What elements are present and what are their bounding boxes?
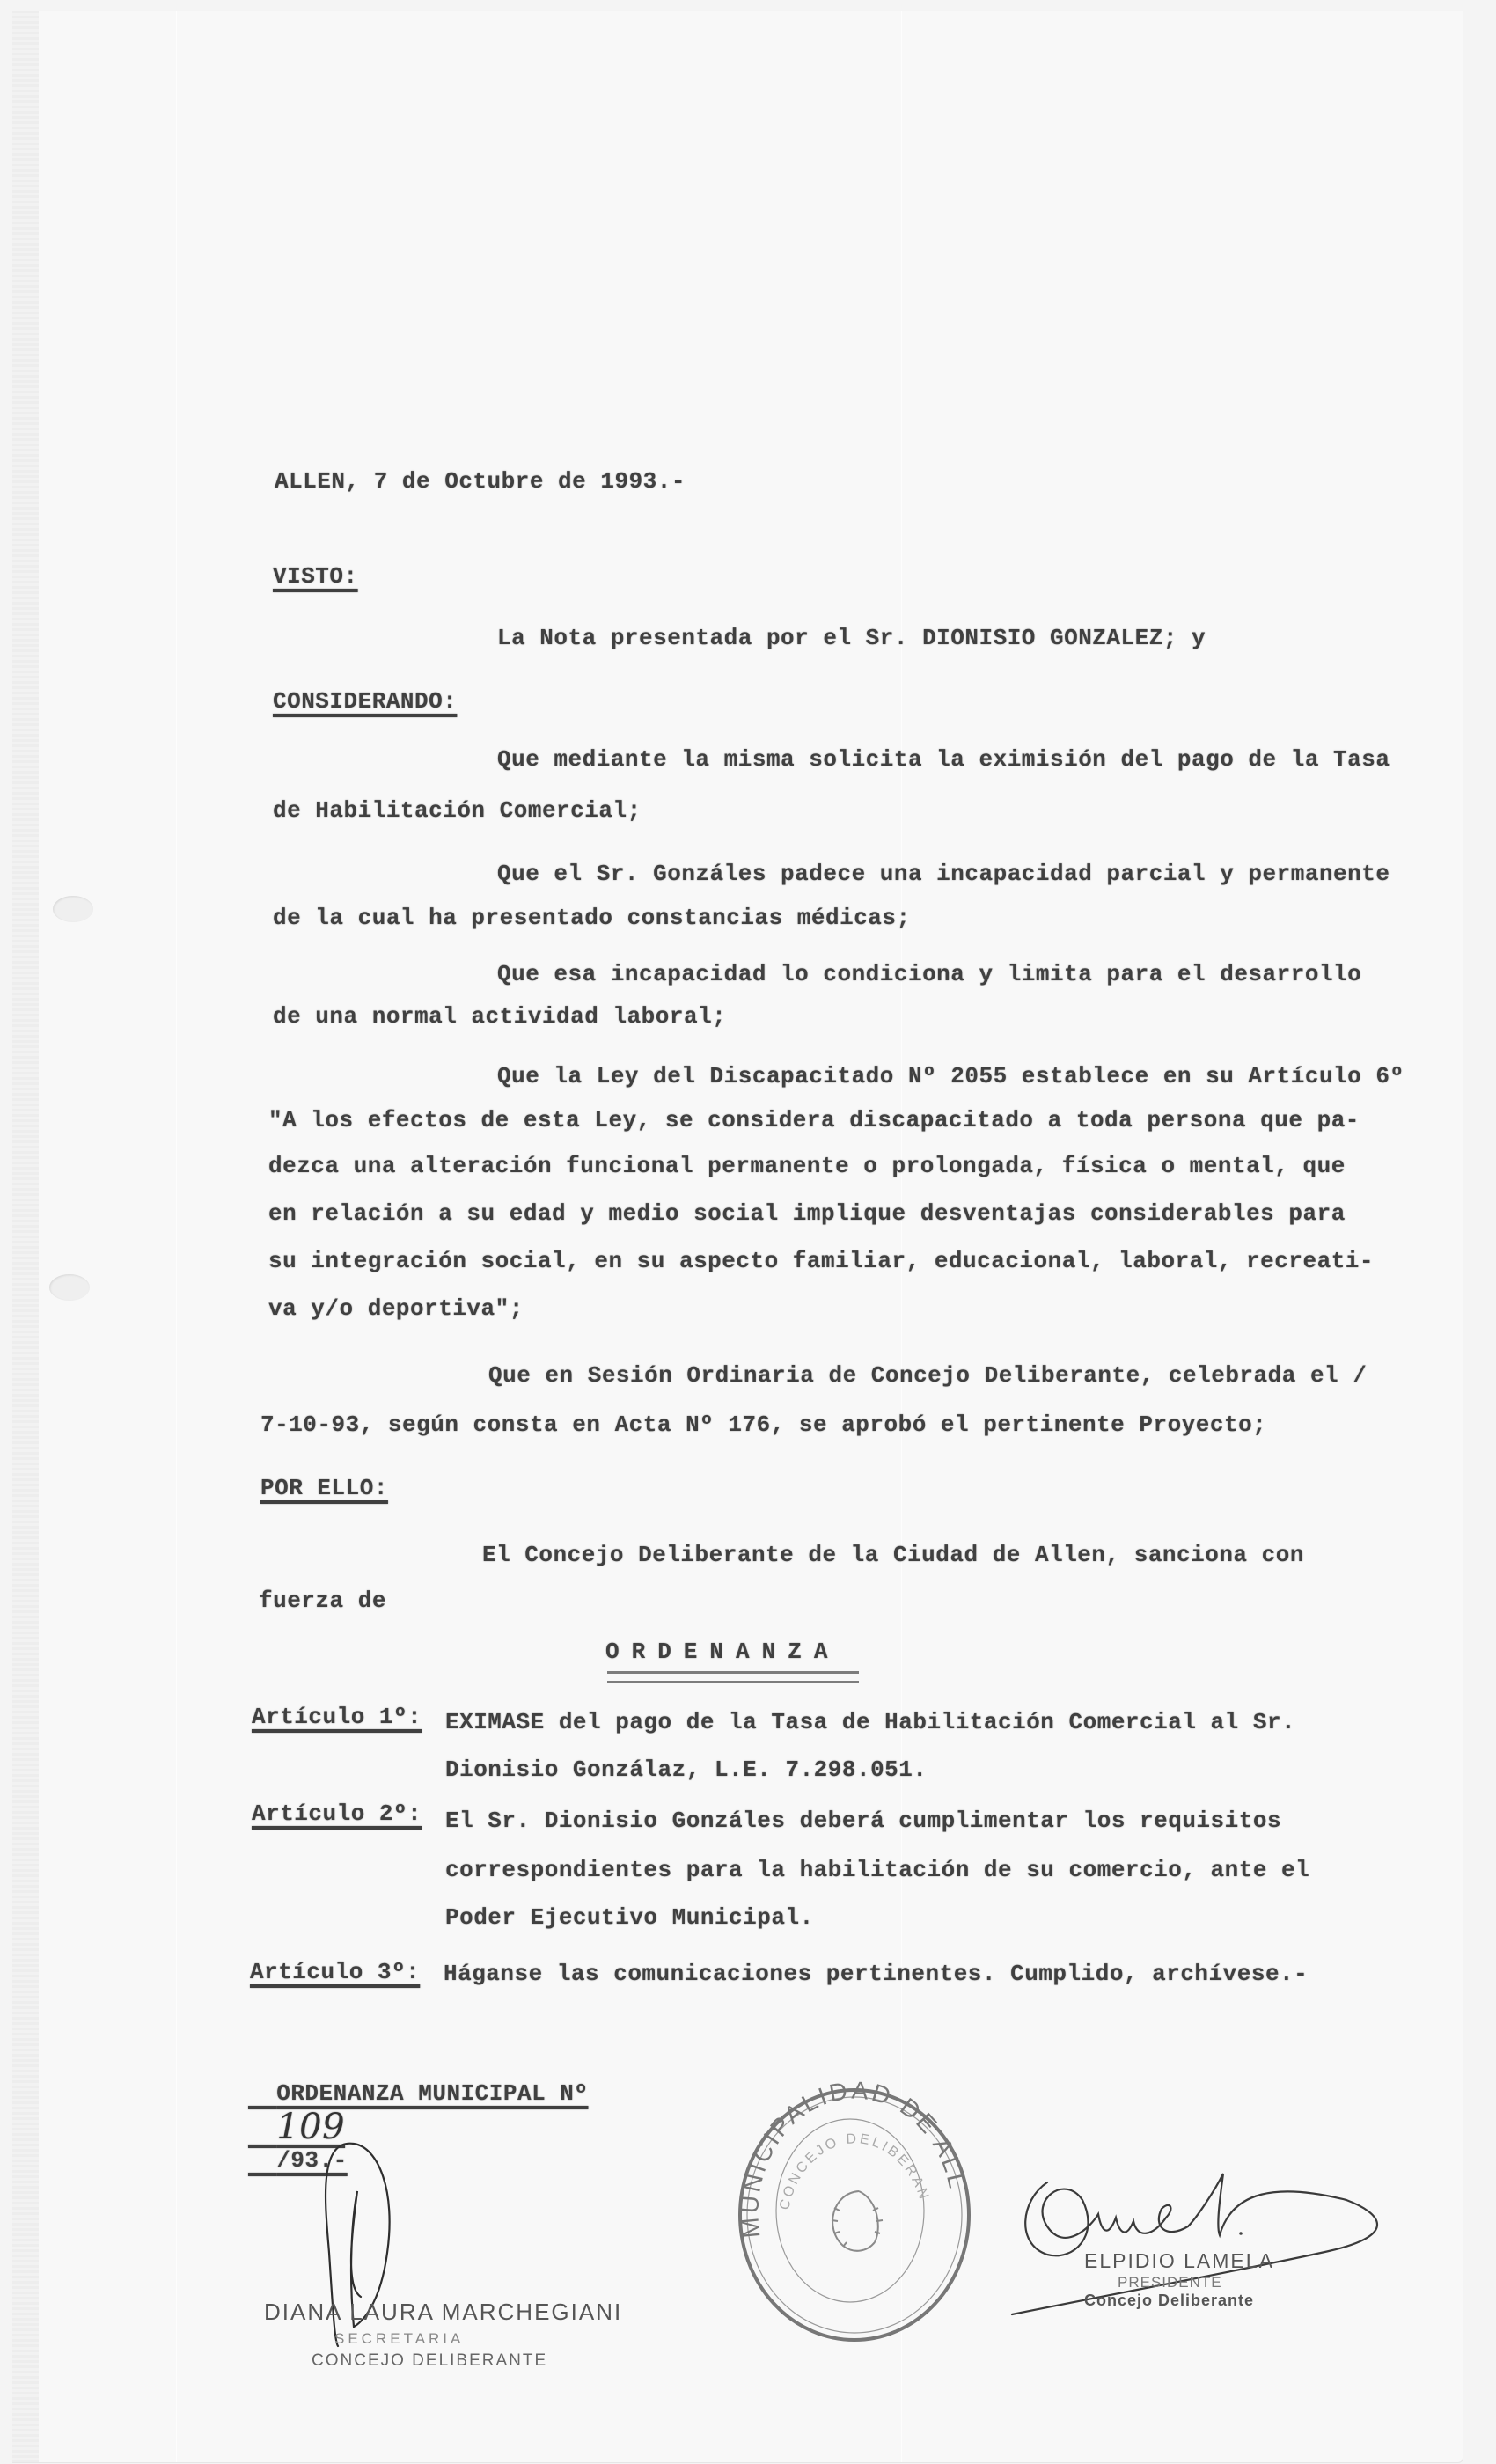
- ordinance-title-double-rule: [607, 1671, 859, 1683]
- considerando-2-line-2: de la cual ha presentado constancias méd…: [273, 905, 911, 931]
- considerando-5-line-1: Que en Sesión Ordinaria de Concejo Delib…: [488, 1362, 1367, 1389]
- article-3-label: Artículo 3º:: [250, 1959, 420, 1985]
- presidente-name: ELPIDIO LAMELA: [1084, 2249, 1274, 2273]
- considerando-heading: CONSIDERANDO:: [273, 688, 457, 715]
- considerando-1-line-2: de Habilitación Comercial;: [273, 797, 642, 824]
- considerando-1-line-1: Que mediante la misma solicita la eximis…: [497, 746, 1390, 773]
- considerando-5-line-2: 7-10-93, según consta en Acta Nº 176, se…: [260, 1412, 1266, 1438]
- article-2-line-3: Poder Ejecutivo Municipal.: [445, 1904, 814, 1931]
- article-2-line-1: El Sr. Dionisio Gonzáles deberá cumplime…: [445, 1808, 1281, 1834]
- sanction-line-2: fuerza de: [259, 1588, 386, 1614]
- scan-edge-shadow: [12, 11, 39, 2462]
- punch-hole: [53, 896, 93, 922]
- article-2-label: Artículo 2º:: [252, 1800, 422, 1827]
- presidente-role: PRESIDENTE: [1118, 2274, 1222, 2292]
- punch-hole: [49, 1274, 90, 1301]
- sanction-line-1: El Concejo Deliberante de la Ciudad de A…: [482, 1542, 1304, 1568]
- ordinance-title: ORDENANZA: [605, 1639, 840, 1665]
- considerando-4-line-3: dezca una alteración funcional permanent…: [268, 1153, 1346, 1179]
- considerando-4-line-5: su integración social, en su aspecto fam…: [268, 1248, 1374, 1274]
- considerando-3-line-2: de una normal actividad laboral;: [273, 1003, 726, 1030]
- considerando-4-line-1: Que la Ley del Discapacitado Nº 2055 est…: [497, 1063, 1404, 1089]
- article-3-line-1: Háganse las comunicaciones pertinentes. …: [444, 1961, 1308, 1987]
- article-1-line-1: EXIMASE del pago de la Tasa de Habilitac…: [445, 1709, 1295, 1735]
- visto-text: La Nota presentada por el Sr. DIONISIO G…: [497, 625, 1206, 651]
- secretaria-name: DIANA LAURA MARCHEGIANI: [264, 2299, 622, 2326]
- considerando-2-line-1: Que el Sr. Gonzáles padece una incapacid…: [497, 861, 1390, 887]
- por-ello-heading: POR ELLO:: [260, 1475, 388, 1501]
- visto-heading: VISTO:: [273, 563, 358, 590]
- municipal-seal: MUNICIPALIDAD DE ALLEN CONCEJO DELIBERAN…: [727, 2079, 982, 2343]
- article-1-label: Artículo 1º:: [252, 1704, 422, 1730]
- laurel-emblem-icon: [832, 2191, 883, 2251]
- secretaria-role: SECRETARIA: [334, 2330, 464, 2348]
- date-line: ALLEN, 7 de Octubre de 1993.-: [275, 468, 686, 495]
- considerando-4-line-2: "A los efectos de esta Ley, se considera…: [268, 1107, 1360, 1133]
- article-1-line-2: Dionisio Gonzálaz, L.E. 7.298.051.: [445, 1756, 928, 1783]
- secretaria-body: CONCEJO DELIBERANTE: [312, 2351, 547, 2371]
- considerando-4-line-6: va y/o deportiva";: [268, 1295, 524, 1322]
- ordinance-number-label: ORDENANZA MUNICIPAL Nº: [276, 2080, 588, 2107]
- presidente-body: Concejo Deliberante: [1084, 2292, 1254, 2310]
- considerando-3-line-1: Que esa incapacidad lo condiciona y limi…: [497, 961, 1361, 987]
- scan-artifact-line: [176, 11, 177, 2462]
- considerando-4-line-4: en relación a su edad y medio social imp…: [268, 1200, 1346, 1227]
- article-2-line-2: correspondientes para la habilitación de…: [445, 1857, 1309, 1883]
